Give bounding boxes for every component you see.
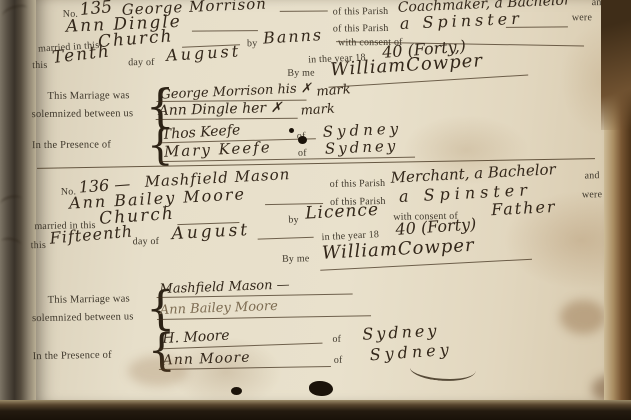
marriage-entry-136: No. 136 — Mashfield Mason of this Parish…: [0, 0, 631, 420]
witness-place: Sydney: [362, 323, 440, 343]
day-of-label: day of: [133, 236, 160, 247]
book-bottom-edge: [0, 400, 631, 420]
ink-blot: [309, 381, 333, 396]
this-label: this: [31, 240, 46, 251]
presence-label: In the Presence of: [33, 350, 112, 362]
officiant-signature: WilliamCowper: [322, 237, 476, 263]
page-stain: [128, 356, 188, 386]
page-stain: [560, 300, 606, 334]
month: August: [171, 222, 250, 243]
bride-signature: Ann Bailey Moore: [160, 300, 278, 317]
ink-blot: [289, 128, 294, 133]
groom-signature: Mashfield Mason —: [159, 279, 290, 297]
by-label: by: [288, 214, 299, 225]
of-label: of: [334, 355, 343, 366]
of-label: of: [332, 334, 341, 345]
ink-blot: [231, 387, 242, 395]
and-label: and: [585, 170, 600, 181]
day-of-month: Fifteenth: [49, 223, 134, 246]
register-photo: No. 135 George Morrison of this Parish C…: [0, 0, 631, 420]
consent-value: Father: [491, 199, 557, 218]
were-label: were: [582, 189, 602, 200]
witness-name: H. Moore: [162, 329, 230, 347]
marriage-was-label: This Marriage was: [48, 293, 130, 305]
by-me-label: By me: [282, 253, 310, 264]
signature-flourish: [409, 353, 477, 385]
cover-corner: [601, 0, 631, 130]
ink-blot: [298, 136, 307, 144]
authority: Licence: [305, 202, 380, 223]
parish-label: of this Parish: [330, 178, 386, 190]
solemnized-label: solemnized between us: [32, 311, 134, 324]
blank-rule: [258, 237, 314, 240]
